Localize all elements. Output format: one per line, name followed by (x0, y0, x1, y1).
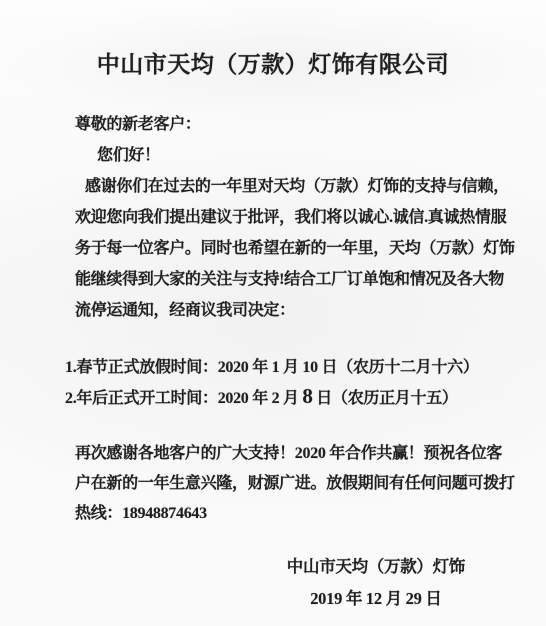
greeting-line: 您们好！ (75, 140, 488, 171)
reopen-text-pre: 2.年后正式开工时间：2020 年 2 月 (65, 390, 302, 407)
intro-line-1: 感谢你们在过去的一年里对天均（万款）灯饰的支持与信赖， (75, 171, 488, 202)
letter-title: 中山市天均（万款）灯饰有限公司 (0, 0, 546, 79)
intro-line-2: 欢迎您向我们提出建议于批评，我们将以诚心.诚信.真诚热情服 (75, 202, 488, 233)
signature-date: 2019 年 12 月 29 日 (287, 583, 465, 615)
hotline-line: 热线：18948874643 (75, 499, 488, 529)
reopen-text-post: 日（农历正月十五） (313, 390, 458, 407)
holiday-text-pre: 1.春节正式放假时间：2020 年 1 月 (65, 359, 302, 376)
signature-company: 中山市天均（万款）灯饰 (287, 551, 465, 583)
holiday-notice-list: 1.春节正式放假时间：2020 年 1 月 10 日（农历十二月十六） 2.年后… (65, 353, 488, 413)
intro-line-3: 务于每一位客户。同时也希望在新的一年里，天均（万款）灯饰 (75, 233, 488, 264)
reopen-day: 8 (302, 384, 312, 408)
intro-line-5: 流停运通知，经商议我司决定： (75, 295, 488, 326)
notice-item-reopen: 2.年后正式开工时间：2020 年 2 月 8 日（农历正月十五） (65, 382, 488, 413)
intro-line-4: 能继续得到大家的关注与支持!结合工厂订单饱和情况及各大物 (75, 264, 488, 295)
signature-block: 中山市天均（万款）灯饰 2019 年 12 月 29 日 (287, 551, 465, 615)
letter-body: 尊敬的新老客户： 您们好！ 感谢你们在过去的一年里对天均（万款）灯饰的支持与信赖… (0, 79, 546, 615)
closing-line-2: 户在新的一年生意兴隆，财源广进。放假期间有任何问题可拨打 (75, 469, 488, 499)
holiday-text-post: 日（农历十二月十六） (318, 359, 479, 376)
hotline-number: 18948874643 (122, 505, 207, 522)
notice-item-holiday: 1.春节正式放假时间：2020 年 1 月 10 日（农历十二月十六） (65, 353, 488, 382)
letter-page: 中山市天均（万款）灯饰有限公司 尊敬的新老客户： 您们好！ 感谢你们在过去的一年… (0, 0, 546, 626)
salutation-line: 尊敬的新老客户： (75, 109, 488, 140)
closing-paragraph: 再次感谢各地客户的广大支持！2020 年合作共赢！预祝各位客 户在新的一年生意兴… (75, 439, 488, 529)
holiday-day: 10 (302, 359, 317, 376)
hotline-label: 热线： (75, 505, 122, 522)
closing-line-1: 再次感谢各地客户的广大支持！2020 年合作共赢！预祝各位客 (75, 439, 488, 469)
